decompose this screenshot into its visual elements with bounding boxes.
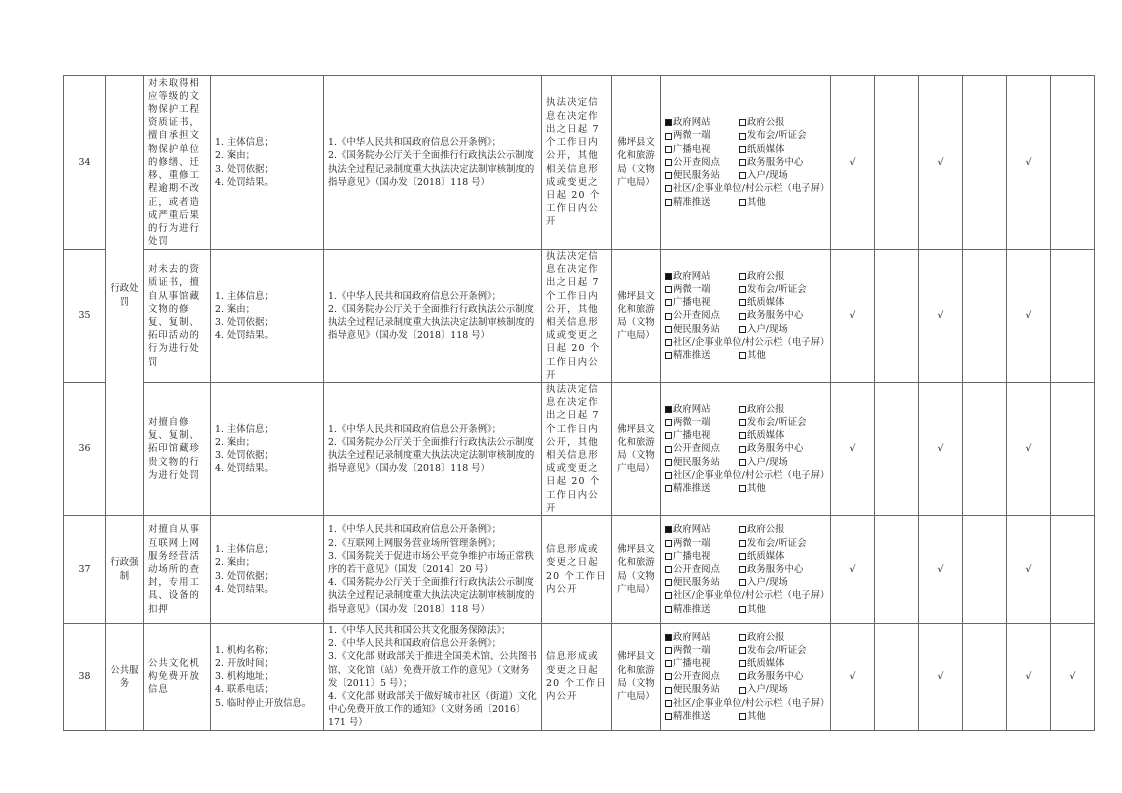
channel-option-other[interactable]: 其他 — [739, 710, 826, 723]
channel-option-broadcast[interactable]: 广播电视 — [665, 296, 739, 309]
channel-option-gov-gazette[interactable]: 政府公报 — [739, 116, 826, 129]
row-number: 35 — [64, 250, 106, 383]
basis-line: 4.《国务院办公厅关于全面推行行政执法公示制度执法全过程记录制度重大执法决定法制… — [328, 576, 537, 616]
check-cell — [875, 624, 919, 731]
channel-option-push[interactable]: 精准推送 — [665, 603, 739, 616]
channel-option-service-center[interactable]: 政务服务中心 — [739, 563, 826, 576]
basis-line: 2.《互联网上网服务营业场所管理条例》； — [328, 537, 537, 550]
checkbox-icon[interactable] — [739, 352, 746, 359]
channel-option-gov-site[interactable]: 政府网站 — [665, 523, 739, 536]
checkbox-icon[interactable] — [665, 159, 672, 166]
channel-label: 社区/企事业单位/村公示栏（电子屏） — [673, 697, 826, 710]
checkbox-icon[interactable] — [665, 647, 672, 654]
basis-line: 1.《中华人民共和国政府信息公开条例》； — [328, 423, 537, 436]
content-list: 1. 主体信息； 2. 案由； 3. 处罚依据； 4. 处罚结果。 — [211, 516, 324, 624]
check-cell: √ — [831, 250, 875, 383]
channels-cell: 政府网站政府公报两微一端发布会/听证会广播电视纸质媒体公开查阅点政务服务中心便民… — [661, 383, 831, 516]
channel-option-board[interactable]: 社区/企事业单位/村公示栏（电子屏） — [665, 589, 826, 602]
check-cell: √ — [1007, 383, 1051, 516]
channel-group: 政府网站政府公报两微一端发布会/听证会广播电视纸质媒体公开查阅点政务服务中心便民… — [665, 631, 826, 723]
channel-label: 纸质媒体 — [747, 550, 785, 563]
checkbox-icon[interactable] — [665, 133, 672, 140]
department: 佛坪县文化和旅游局（文物广电局） — [612, 516, 661, 624]
channel-option-paper[interactable]: 纸质媒体 — [739, 429, 826, 442]
time-limit: 执法决定信息在决定作出之日起 7 个工作日内公开，其他相关信息形成或变更之日起 … — [542, 76, 612, 250]
checkbox-icon[interactable] — [665, 299, 672, 306]
channel-option-paper[interactable]: 纸质媒体 — [739, 143, 826, 156]
item-name: 对擅自修复、复制、拓印馆藏珍贵文物的行为进行处罚 — [144, 383, 211, 516]
channel-label: 精准推送 — [673, 482, 711, 495]
department: 佛坪县文化和旅游局（文物广电局） — [612, 624, 661, 731]
content-line: 5. 临时停止开放信息。 — [215, 697, 319, 710]
channels-cell: 政府网站政府公报两微一端发布会/听证会广播电视纸质媒体公开查阅点政务服务中心便民… — [661, 624, 831, 731]
channel-option-broadcast[interactable]: 广播电视 — [665, 657, 739, 670]
checkbox-icon[interactable] — [665, 634, 672, 641]
channel-option-board[interactable]: 社区/企事业单位/村公示栏（电子屏） — [665, 697, 826, 710]
channel-label: 广播电视 — [673, 550, 711, 563]
checkbox-icon[interactable] — [739, 119, 746, 126]
check-cell: √ — [1007, 250, 1051, 383]
content-line: 3. 处罚依据； — [215, 449, 319, 462]
channel-label: 入户/现场 — [747, 323, 788, 336]
content-line: 2. 开放时间； — [215, 657, 319, 670]
check-cell — [875, 516, 919, 624]
content-line: 3. 处罚依据； — [215, 316, 319, 329]
channel-label: 广播电视 — [673, 296, 711, 309]
channel-option-board[interactable]: 社区/企事业单位/村公示栏（电子屏） — [665, 182, 826, 195]
check-cell — [963, 624, 1007, 731]
checkbox-icon[interactable] — [739, 313, 746, 320]
channel-label: 便民服务站 — [673, 323, 720, 336]
content-line: 2. 案由； — [215, 436, 319, 449]
channel-label: 政府公报 — [747, 631, 785, 644]
channel-label: 政府网站 — [673, 523, 711, 536]
checkbox-icon[interactable] — [665, 526, 672, 533]
channel-option-gov-site[interactable]: 政府网站 — [665, 116, 739, 129]
basis-list: 1.《中华人民共和国政府信息公开条例》； 2.《国务院办公厅关于全面推行行政执法… — [324, 383, 542, 516]
channel-option-broadcast[interactable]: 广播电视 — [665, 429, 739, 442]
channel-option-press[interactable]: 发布会/听证会 — [739, 416, 826, 429]
basis-line: 1.《中华人民共和国政府信息公开条例》； — [328, 136, 537, 149]
channel-label: 社区/企事业单位/村公示栏（电子屏） — [673, 336, 826, 349]
content-line: 3. 机构地址； — [215, 670, 319, 683]
checkbox-icon[interactable] — [665, 553, 672, 560]
checkbox-icon[interactable] — [665, 339, 672, 346]
channel-group: 政府网站政府公报两微一端发布会/听证会广播电视纸质媒体公开查阅点政务服务中心便民… — [665, 523, 826, 615]
item-name: 对未取得相应等级的文物保护工程资质证书，擅自承担文物保护单位的修缮、迁移、重修工… — [144, 76, 211, 250]
content-line: 3. 处罚依据； — [215, 570, 319, 583]
channel-group: 政府网站政府公报两微一端发布会/听证会广播电视纸质媒体公开查阅点政务服务中心便民… — [665, 270, 826, 362]
channel-option-door[interactable]: 入户/现场 — [739, 169, 826, 182]
channel-option-press[interactable]: 发布会/听证会 — [739, 283, 826, 296]
check-cell — [1051, 250, 1095, 383]
checkbox-icon[interactable] — [739, 199, 746, 206]
checkbox-icon[interactable] — [739, 647, 746, 654]
channel-label: 政务服务中心 — [747, 670, 803, 683]
channel-label: 两微一端 — [673, 416, 711, 429]
content-line: 1. 主体信息； — [215, 543, 319, 556]
channel-label: 入户/现场 — [747, 576, 788, 589]
checkbox-icon[interactable] — [739, 286, 746, 293]
checkbox-icon[interactable] — [665, 673, 672, 680]
channel-option-push[interactable]: 精准推送 — [665, 196, 739, 209]
item-name: 对未去的资质证书，擅自从事馆藏文物的修复、复制、拓印活动的行为进行处罚 — [144, 250, 211, 383]
channel-label: 便民服务站 — [673, 169, 720, 182]
check-cell: √ — [919, 516, 963, 624]
channel-label: 广播电视 — [673, 429, 711, 442]
category-cell: 行政处罚 — [106, 76, 144, 516]
channel-option-gov-site[interactable]: 政府网站 — [665, 403, 739, 416]
check-cell: √ — [1051, 624, 1095, 731]
content-line: 2. 案由； — [215, 149, 319, 162]
channel-label: 发布会/听证会 — [747, 283, 806, 296]
channel-label: 其他 — [747, 603, 766, 616]
channel-label: 两微一端 — [673, 283, 711, 296]
channel-option-service-center[interactable]: 政务服务中心 — [739, 442, 826, 455]
channel-option-two-micro[interactable]: 两微一端 — [665, 537, 739, 550]
channel-label: 公开查阅点 — [673, 670, 720, 683]
channel-option-reading-point[interactable]: 公开查阅点 — [665, 670, 739, 683]
channel-label: 发布会/听证会 — [747, 644, 806, 657]
item-name: 公共文化机构免费开放信息 — [144, 624, 211, 731]
channel-option-push[interactable]: 精准推送 — [665, 349, 739, 362]
channel-option-door[interactable]: 入户/现场 — [739, 576, 826, 589]
row-number: 36 — [64, 383, 106, 516]
channel-option-two-micro[interactable]: 两微一端 — [665, 416, 739, 429]
channel-label: 其他 — [747, 482, 766, 495]
channel-label: 政府网站 — [673, 631, 711, 644]
checkbox-icon[interactable] — [665, 326, 672, 333]
checkbox-icon[interactable] — [739, 273, 746, 280]
channel-option-gov-gazette[interactable]: 政府公报 — [739, 270, 826, 283]
check-cell — [1051, 76, 1095, 250]
check-cell: √ — [1007, 516, 1051, 624]
channel-option-broadcast[interactable]: 广播电视 — [665, 143, 739, 156]
channel-option-paper[interactable]: 纸质媒体 — [739, 296, 826, 309]
channel-label: 社区/企事业单位/村公示栏（电子屏） — [673, 589, 826, 602]
checkbox-icon[interactable] — [665, 352, 672, 359]
content-line: 4. 联系电话； — [215, 683, 319, 696]
checkbox-icon[interactable] — [665, 286, 672, 293]
content-line: 1. 主体信息； — [215, 290, 319, 303]
channel-option-press[interactable]: 发布会/听证会 — [739, 129, 826, 142]
content-line: 2. 案由； — [215, 556, 319, 569]
channel-option-push[interactable]: 精准推送 — [665, 482, 739, 495]
channel-option-other[interactable]: 其他 — [739, 196, 826, 209]
channel-label: 政府公报 — [747, 116, 785, 129]
channel-label: 两微一端 — [673, 644, 711, 657]
channel-label: 其他 — [747, 349, 766, 362]
check-cell: √ — [1007, 76, 1051, 250]
channel-label: 广播电视 — [673, 143, 711, 156]
check-cell — [875, 250, 919, 383]
channel-label: 纸质媒体 — [747, 143, 785, 156]
channel-option-other[interactable]: 其他 — [739, 603, 826, 616]
checkbox-icon[interactable] — [739, 673, 746, 680]
content-line: 4. 处罚结果。 — [215, 329, 319, 342]
channel-label: 纸质媒体 — [747, 657, 785, 670]
checkbox-icon[interactable] — [665, 446, 672, 453]
checkbox-icon[interactable] — [665, 713, 672, 720]
channel-option-paper[interactable]: 纸质媒体 — [739, 657, 826, 670]
channel-option-service-station[interactable]: 便民服务站 — [665, 456, 739, 469]
content-list: 1. 主体信息； 2. 案由； 3. 处罚依据； 4. 处罚结果。 — [211, 383, 324, 516]
channel-group: 政府网站政府公报两微一端发布会/听证会广播电视纸质媒体公开查阅点政务服务中心便民… — [665, 403, 826, 495]
channel-option-board[interactable]: 社区/企事业单位/村公示栏（电子屏） — [665, 469, 826, 482]
content-line: 4. 处罚结果。 — [215, 176, 319, 189]
check-cell: √ — [831, 383, 875, 516]
checkbox-icon[interactable] — [739, 419, 746, 426]
channel-option-two-micro[interactable]: 两微一端 — [665, 283, 739, 296]
disclosure-table: 34 行政处罚 对未取得相应等级的文物保护工程资质证书，擅自承担文物保护单位的修… — [63, 75, 1095, 731]
checkbox-icon[interactable] — [739, 133, 746, 140]
checkbox-icon[interactable] — [665, 592, 672, 599]
table-row: 35 对未去的资质证书，擅自从事馆藏文物的修复、复制、拓印活动的行为进行处罚 1… — [64, 250, 1095, 383]
channel-label: 政务服务中心 — [747, 156, 803, 169]
channel-label: 入户/现场 — [747, 683, 788, 696]
checkbox-icon[interactable] — [665, 606, 672, 613]
channel-option-gov-gazette[interactable]: 政府公报 — [739, 403, 826, 416]
channel-option-broadcast[interactable]: 广播电视 — [665, 550, 739, 563]
basis-line: 1.《中华人民共和国公共文化服务保障法》； — [328, 624, 537, 637]
time-limit: 执法决定信息在决定作出之日起 7 个工作日内公开，其他相关信息形成或变更之日起 … — [542, 383, 612, 516]
channel-label: 政务服务中心 — [747, 442, 803, 455]
time-limit: 执法决定信息在决定作出之日起 7 个工作日内公开，其他相关信息形成或变更之日起 … — [542, 250, 612, 383]
department: 佛坪县文化和旅游局（文物广电局） — [612, 383, 661, 516]
channel-option-door[interactable]: 入户/现场 — [739, 323, 826, 336]
check-cell: √ — [1007, 624, 1051, 731]
checkbox-icon[interactable] — [665, 459, 672, 466]
checkbox-icon[interactable] — [665, 540, 672, 547]
check-cell — [875, 76, 919, 250]
checkbox-icon[interactable] — [665, 700, 672, 707]
checkbox-icon[interactable] — [665, 273, 672, 280]
checkbox-icon[interactable] — [739, 579, 746, 586]
table-row: 37 行政强制 对擅自从事互联网上网服务经营活动场所的查封，专用工具、设备的扣押… — [64, 516, 1095, 624]
channel-option-reading-point[interactable]: 公开查阅点 — [665, 309, 739, 322]
content-line: 1. 主体信息； — [215, 423, 319, 436]
channel-option-press[interactable]: 发布会/听证会 — [739, 537, 826, 550]
checkbox-icon[interactable] — [739, 146, 746, 153]
checkbox-icon[interactable] — [739, 566, 746, 573]
basis-line: 2.《中华人民共和国政府信息公开条例》； — [328, 637, 537, 650]
channel-label: 便民服务站 — [673, 456, 720, 469]
checkbox-icon[interactable] — [665, 185, 672, 192]
basis-line: 2.《国务院办公厅关于全面推行行政执法公示制度执法全过程记录制度重大执法决定法制… — [328, 303, 537, 343]
channel-option-press[interactable]: 发布会/听证会 — [739, 644, 826, 657]
channel-label: 精准推送 — [673, 196, 711, 209]
checkbox-icon[interactable] — [665, 485, 672, 492]
checkbox-icon[interactable] — [665, 566, 672, 573]
content-list: 1. 机构名称； 2. 开放时间； 3. 机构地址； 4. 联系电话； 5. 临… — [211, 624, 324, 731]
channel-label: 公开查阅点 — [673, 309, 720, 322]
checkbox-icon[interactable] — [739, 299, 746, 306]
channel-option-service-station[interactable]: 便民服务站 — [665, 683, 739, 696]
checkbox-icon[interactable] — [739, 634, 746, 641]
checkbox-icon[interactable] — [739, 485, 746, 492]
channel-label: 社区/企事业单位/村公示栏（电子屏） — [673, 469, 826, 482]
checkbox-icon[interactable] — [665, 432, 672, 439]
channel-option-push[interactable]: 精准推送 — [665, 710, 739, 723]
basis-line: 3.《文化部 财政部关于推进全国美术馆、公共图书馆、文化馆（站）免费开放工作的意… — [328, 650, 537, 690]
department: 佛坪县文化和旅游局（文物广电局） — [612, 76, 661, 250]
table-row: 36 对擅自修复、复制、拓印馆藏珍贵文物的行为进行处罚 1. 主体信息； 2. … — [64, 383, 1095, 516]
check-cell — [1051, 383, 1095, 516]
channel-option-service-center[interactable]: 政务服务中心 — [739, 670, 826, 683]
content-line: 4. 处罚结果。 — [215, 462, 319, 475]
basis-line: 4.《文化部 财政部关于做好城市社区（街道）文化中心免费开放工作的通知》（文财务… — [328, 690, 537, 730]
channel-option-reading-point[interactable]: 公开查阅点 — [665, 563, 739, 576]
checkbox-icon[interactable] — [665, 119, 672, 126]
checkbox-icon[interactable] — [739, 459, 746, 466]
channel-label: 发布会/听证会 — [747, 537, 806, 550]
channel-label: 便民服务站 — [673, 576, 720, 589]
checkbox-icon[interactable] — [665, 660, 672, 667]
channel-option-two-micro[interactable]: 两微一端 — [665, 644, 739, 657]
channels-cell: 政府网站政府公报两微一端发布会/听证会广播电视纸质媒体公开查阅点政务服务中心便民… — [661, 76, 831, 250]
checkbox-icon[interactable] — [739, 687, 746, 694]
channel-label: 入户/现场 — [747, 169, 788, 182]
check-cell — [875, 383, 919, 516]
checkbox-icon[interactable] — [739, 172, 746, 179]
basis-line: 2.《国务院办公厅关于全面推行行政执法公示制度执法全过程记录制度重大执法决定法制… — [328, 149, 537, 189]
time-limit: 信息形成或变更之日起 20 个工作日内公开 — [542, 624, 612, 731]
checkbox-icon[interactable] — [739, 660, 746, 667]
channel-label: 便民服务站 — [673, 683, 720, 696]
check-cell: √ — [919, 76, 963, 250]
channel-label: 发布会/听证会 — [747, 129, 806, 142]
channel-label: 两微一端 — [673, 129, 711, 142]
checkbox-icon[interactable] — [739, 540, 746, 547]
channel-label: 精准推送 — [673, 603, 711, 616]
channel-option-reading-point[interactable]: 公开查阅点 — [665, 156, 739, 169]
checkbox-icon[interactable] — [665, 579, 672, 586]
check-cell — [1051, 516, 1095, 624]
category-cell: 行政强制 — [106, 516, 144, 624]
row-number: 38 — [64, 624, 106, 731]
content-line: 3. 处罚依据； — [215, 163, 319, 176]
check-cell: √ — [831, 624, 875, 731]
checkbox-icon[interactable] — [739, 606, 746, 613]
row-number: 34 — [64, 76, 106, 250]
time-limit: 信息形成或变更之日起 20 个工作日内公开 — [542, 516, 612, 624]
channel-option-service-center[interactable]: 政务服务中心 — [739, 156, 826, 169]
channel-label: 政务服务中心 — [747, 563, 803, 576]
basis-line: 3.《国务院关于促进市场公平竞争维护市场正常秩序的若干意见》（国发〔2014〕2… — [328, 550, 537, 576]
check-cell: √ — [831, 76, 875, 250]
basis-list: 1.《中华人民共和国政府信息公开条例》； 2.《国务院办公厅关于全面推行行政执法… — [324, 76, 542, 250]
channel-option-reading-point[interactable]: 公开查阅点 — [665, 442, 739, 455]
channel-option-service-center[interactable]: 政务服务中心 — [739, 309, 826, 322]
channel-label: 其他 — [747, 196, 766, 209]
checkbox-icon[interactable] — [739, 446, 746, 453]
checkbox-icon[interactable] — [739, 526, 746, 533]
checkbox-icon[interactable] — [665, 146, 672, 153]
channel-option-gov-site[interactable]: 政府网站 — [665, 270, 739, 283]
channel-option-service-station[interactable]: 便民服务站 — [665, 576, 739, 589]
category-cell: 公共服务 — [106, 624, 144, 731]
channel-label: 政府网站 — [673, 403, 711, 416]
channel-option-gov-site[interactable]: 政府网站 — [665, 631, 739, 644]
channel-option-board[interactable]: 社区/企事业单位/村公示栏（电子屏） — [665, 336, 826, 349]
content-list: 1. 主体信息； 2. 案由； 3. 处罚依据； 4. 处罚结果。 — [211, 76, 324, 250]
channel-label: 政府公报 — [747, 270, 785, 283]
channel-label: 社区/企事业单位/村公示栏（电子屏） — [673, 182, 826, 195]
check-cell — [963, 516, 1007, 624]
department: 佛坪县文化和旅游局（文物广电局） — [612, 250, 661, 383]
channel-label: 广播电视 — [673, 657, 711, 670]
channel-option-service-station[interactable]: 便民服务站 — [665, 169, 739, 182]
checkbox-icon[interactable] — [665, 172, 672, 179]
check-cell — [963, 383, 1007, 516]
content-line: 4. 处罚结果。 — [215, 583, 319, 596]
item-name: 对擅自从事互联网上网服务经营活动场所的查封，专用工具、设备的扣押 — [144, 516, 211, 624]
checkbox-icon[interactable] — [665, 687, 672, 694]
channel-label: 政务服务中心 — [747, 309, 803, 322]
channel-option-door[interactable]: 入户/现场 — [739, 683, 826, 696]
channel-label: 两微一端 — [673, 537, 711, 550]
check-cell — [963, 250, 1007, 383]
content-list: 1. 主体信息； 2. 案由； 3. 处罚依据； 4. 处罚结果。 — [211, 250, 324, 383]
channel-label: 政府网站 — [673, 270, 711, 283]
channel-label: 政府公报 — [747, 403, 785, 416]
channel-label: 精准推送 — [673, 349, 711, 362]
channel-option-door[interactable]: 入户/现场 — [739, 456, 826, 469]
basis-list: 1.《中华人民共和国政府信息公开条例》； 2.《互联网上网服务营业场所管理条例》… — [324, 516, 542, 624]
content-line: 2. 案由； — [215, 303, 319, 316]
channel-label: 精准推送 — [673, 710, 711, 723]
channel-option-paper[interactable]: 纸质媒体 — [739, 550, 826, 563]
checkbox-icon[interactable] — [739, 406, 746, 413]
channel-option-gov-gazette[interactable]: 政府公报 — [739, 523, 826, 536]
channel-option-service-station[interactable]: 便民服务站 — [665, 323, 739, 336]
basis-line: 2.《国务院办公厅关于全面推行行政执法公示制度执法全过程记录制度重大执法决定法制… — [328, 436, 537, 476]
checkbox-icon[interactable] — [665, 313, 672, 320]
checkbox-icon[interactable] — [739, 159, 746, 166]
channel-label: 入户/现场 — [747, 456, 788, 469]
channel-label: 政府公报 — [747, 523, 785, 536]
checkbox-icon[interactable] — [739, 326, 746, 333]
channel-label: 公开查阅点 — [673, 156, 720, 169]
channel-label: 发布会/听证会 — [747, 416, 806, 429]
channels-cell: 政府网站政府公报两微一端发布会/听证会广播电视纸质媒体公开查阅点政务服务中心便民… — [661, 250, 831, 383]
channel-label: 政府网站 — [673, 116, 711, 129]
table-row: 34 行政处罚 对未取得相应等级的文物保护工程资质证书，擅自承担文物保护单位的修… — [64, 76, 1095, 250]
checkbox-icon[interactable] — [739, 553, 746, 560]
channels-cell: 政府网站政府公报两微一端发布会/听证会广播电视纸质媒体公开查阅点政务服务中心便民… — [661, 516, 831, 624]
content-line: 1. 主体信息； — [215, 136, 319, 149]
checkbox-icon[interactable] — [665, 199, 672, 206]
checkbox-icon[interactable] — [739, 432, 746, 439]
row-number: 37 — [64, 516, 106, 624]
checkbox-icon[interactable] — [665, 472, 672, 479]
channel-option-other[interactable]: 其他 — [739, 349, 826, 362]
checkbox-icon[interactable] — [665, 406, 672, 413]
check-cell — [963, 76, 1007, 250]
channel-option-other[interactable]: 其他 — [739, 482, 826, 495]
table-row: 38 公共服务 公共文化机构免费开放信息 1. 机构名称； 2. 开放时间； 3… — [64, 624, 1095, 731]
channel-option-two-micro[interactable]: 两微一端 — [665, 129, 739, 142]
channel-option-gov-gazette[interactable]: 政府公报 — [739, 631, 826, 644]
checkbox-icon[interactable] — [665, 419, 672, 426]
channel-label: 公开查阅点 — [673, 442, 720, 455]
basis-line: 1.《中华人民共和国政府信息公开条例》； — [328, 290, 537, 303]
check-cell: √ — [831, 516, 875, 624]
channel-label: 纸质媒体 — [747, 429, 785, 442]
checkbox-icon[interactable] — [739, 713, 746, 720]
basis-list: 1.《中华人民共和国公共文化服务保障法》； 2.《中华人民共和国政府信息公开条例… — [324, 624, 542, 731]
channel-label: 其他 — [747, 710, 766, 723]
